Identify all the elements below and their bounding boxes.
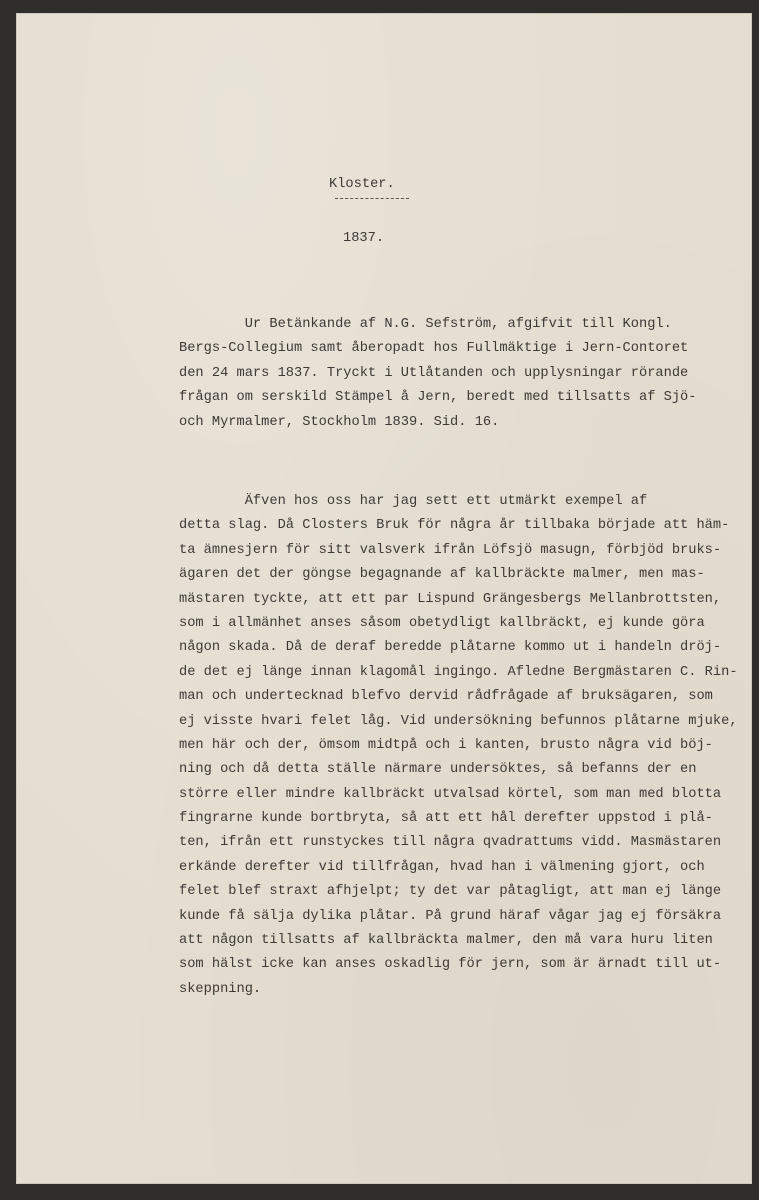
document-page: Kloster. 1837. Ur Betänkande af N.G. Sef… <box>16 13 752 1184</box>
source-paragraph: Ur Betänkande af N.G. Sefström, afgifvit… <box>179 313 696 435</box>
text-line: ägaren det der göngse begagnande af kall… <box>179 563 738 587</box>
text-line: ning och då detta ställe närmare undersö… <box>179 758 738 782</box>
text-line: ej visste hvari felet låg. Vid undersökn… <box>179 710 738 734</box>
text-line: de det ej länge innan klagomål ingingo. … <box>179 661 738 685</box>
text-line: men här och der, ömsom midtpå och i kant… <box>179 734 738 758</box>
text-line: den 24 mars 1837. Tryckt i Utlåtanden oc… <box>179 362 696 386</box>
text-line: detta slag. Då Closters Bruk för några å… <box>179 514 738 538</box>
text-line: någon skada. Då de deraf beredde plåtarn… <box>179 636 738 660</box>
text-line: man och undertecknad blefvo dervid rådfr… <box>179 685 738 709</box>
text-line: Äfven hos oss har jag sett ett utmärkt e… <box>179 490 738 514</box>
text-line: erkände derefter vid tillfrågan, hvad ha… <box>179 856 738 880</box>
page-title: Kloster. <box>329 177 395 192</box>
body-paragraph: Äfven hos oss har jag sett ett utmärkt e… <box>179 490 738 1002</box>
text-line: fingrarne kunde bortbryta, så att ett hå… <box>179 807 738 831</box>
text-line: mästaren tyckte, att ett par Lispund Grä… <box>179 588 738 612</box>
text-line: som i allmänhet anses såsom obetydligt k… <box>179 612 738 636</box>
text-line: ta ämnesjern för sitt valsverk ifrån Löf… <box>179 539 738 563</box>
text-line: och Myrmalmer, Stockholm 1839. Sid. 16. <box>179 411 696 435</box>
text-line: skeppning. <box>179 978 738 1002</box>
text-line: som hälst icke kan anses oskadlig för je… <box>179 953 738 977</box>
text-line: ten, ifrån ett runstyckes till några qva… <box>179 831 738 855</box>
text-line: felet blef straxt afhjelpt; ty det var p… <box>179 880 738 904</box>
document-year: 1837. <box>343 231 384 246</box>
text-line: Ur Betänkande af N.G. Sefström, afgifvit… <box>179 313 696 337</box>
text-line: att någon tillsatts af kallbräckta malme… <box>179 929 738 953</box>
text-line: Bergs-Collegium samt åberopadt hos Fullm… <box>179 337 696 361</box>
text-line: kunde få sälja dylika plåtar. På grund h… <box>179 905 738 929</box>
text-line: större eller mindre kallbräckt utvalsad … <box>179 783 738 807</box>
text-line: frågan om serskild Stämpel å Jern, bered… <box>179 386 696 410</box>
title-underline <box>335 198 409 199</box>
